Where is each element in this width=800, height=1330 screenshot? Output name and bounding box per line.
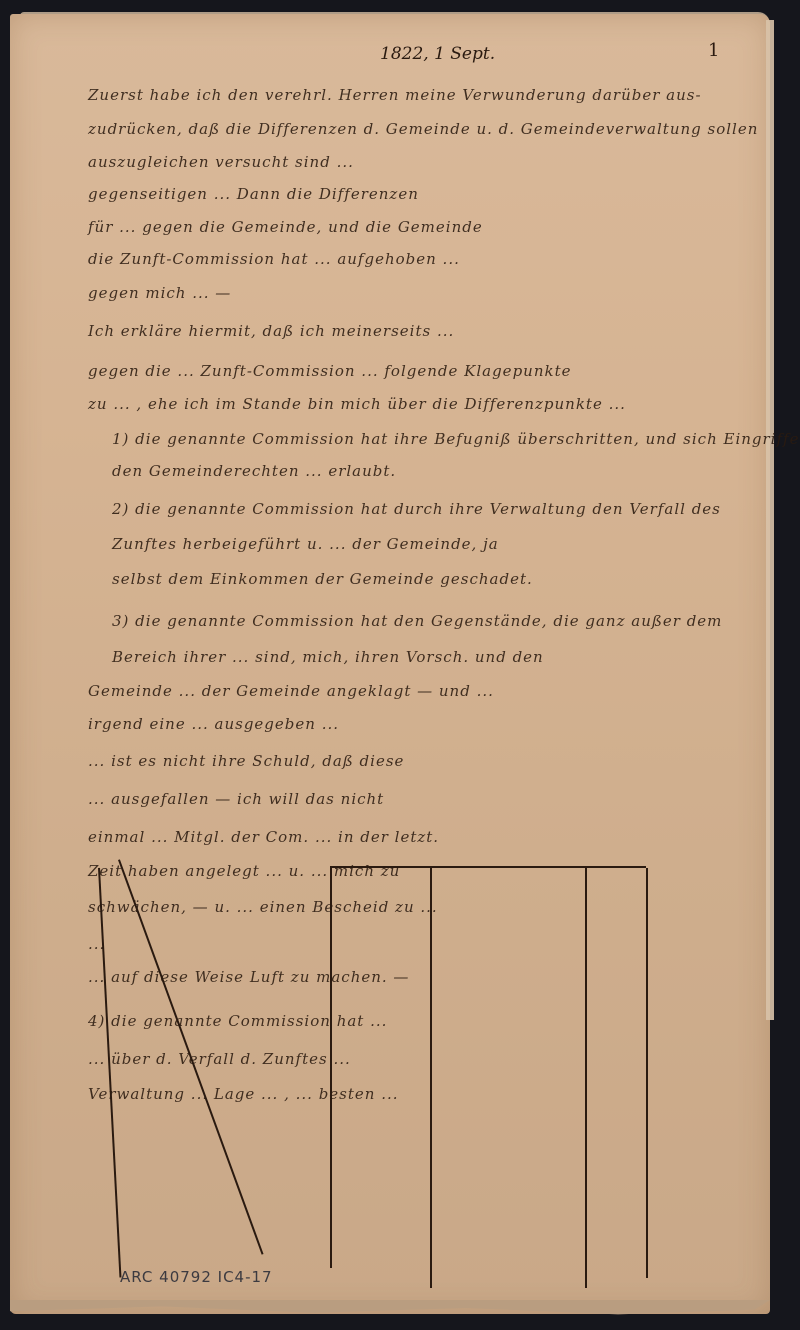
manuscript-line: gegen die ... Zunft-Commission ... folge… [88, 362, 571, 380]
manuscript-line: gegenseitigen ... Dann die Differenzen [88, 185, 419, 203]
manuscript-line: einmal ... Mitgl. der Com. ... in der le… [88, 828, 439, 846]
paper-right-edge [766, 20, 774, 1020]
manuscript-line: den Gemeinderechten ... erlaubt. [112, 462, 396, 480]
page-number: 1 [708, 40, 719, 61]
manuscript-line: gegen mich ... — [88, 284, 231, 302]
grid-line [430, 868, 432, 1288]
manuscript-line: für ... gegen die Gemeinde, und die Geme… [88, 218, 483, 236]
grid-line [330, 868, 332, 1268]
manuscript-line: zu ... , ehe ich im Stande bin mich über… [88, 395, 626, 413]
manuscript-line: die Zunft-Commission hat ... aufgehoben … [88, 250, 460, 268]
manuscript-line: Bereich ihrer ... sind, mich, ihren Vors… [112, 648, 544, 666]
archive-label: ARC 40792 IC4-17 [120, 1268, 273, 1286]
manuscript-line: 3) die genannte Commission hat den Gegen… [112, 612, 722, 630]
manuscript-line: Zeit haben angelegt ... u. ... mich zu [88, 862, 400, 880]
manuscript-line: irgend eine ... ausgegeben ... [88, 715, 339, 733]
manuscript-line: Verwaltung ... Lage ... , ... besten ... [88, 1085, 399, 1103]
manuscript-line: 2) die genannte Commission hat durch ihr… [112, 500, 721, 518]
manuscript-line: zudrücken, daß die Differenzen d. Gemein… [88, 120, 758, 138]
manuscript-line: Ich erkläre hiermit, daß ich meinerseits… [88, 322, 454, 340]
manuscript-line: auszugleichen versucht sind ... [88, 153, 354, 171]
grid-line [330, 866, 646, 868]
manuscript-line: ... ausgefallen — ich will das nicht [88, 790, 384, 808]
manuscript-line: Gemeinde ... der Gemeinde angeklagt — un… [88, 682, 494, 700]
manuscript-line: selbst dem Einkommen der Gemeinde gescha… [112, 570, 533, 588]
manuscript-line: schwächen, — u. ... einen Bescheid zu ..… [88, 898, 438, 916]
manuscript-line: 4) die genannte Commission hat ... [88, 1012, 387, 1030]
header-date: 1822, 1 Sept. [380, 44, 495, 64]
manuscript-line: ... über d. Verfall d. Zunftes ... [88, 1050, 351, 1068]
manuscript-line: 1) die genannte Commission hat ihre Befu… [112, 430, 800, 448]
grid-line [585, 868, 587, 1288]
grid-line [646, 868, 648, 1278]
manuscript-line: Zuerst habe ich den verehrl. Herren mein… [88, 86, 702, 104]
manuscript-line: Zunftes herbeigeführt u. ... der Gemeind… [112, 535, 499, 553]
manuscript-line: ... ist es nicht ihre Schuld, daß diese [88, 752, 404, 770]
manuscript-line: ... auf diese Weise Luft zu machen. — [88, 968, 409, 986]
